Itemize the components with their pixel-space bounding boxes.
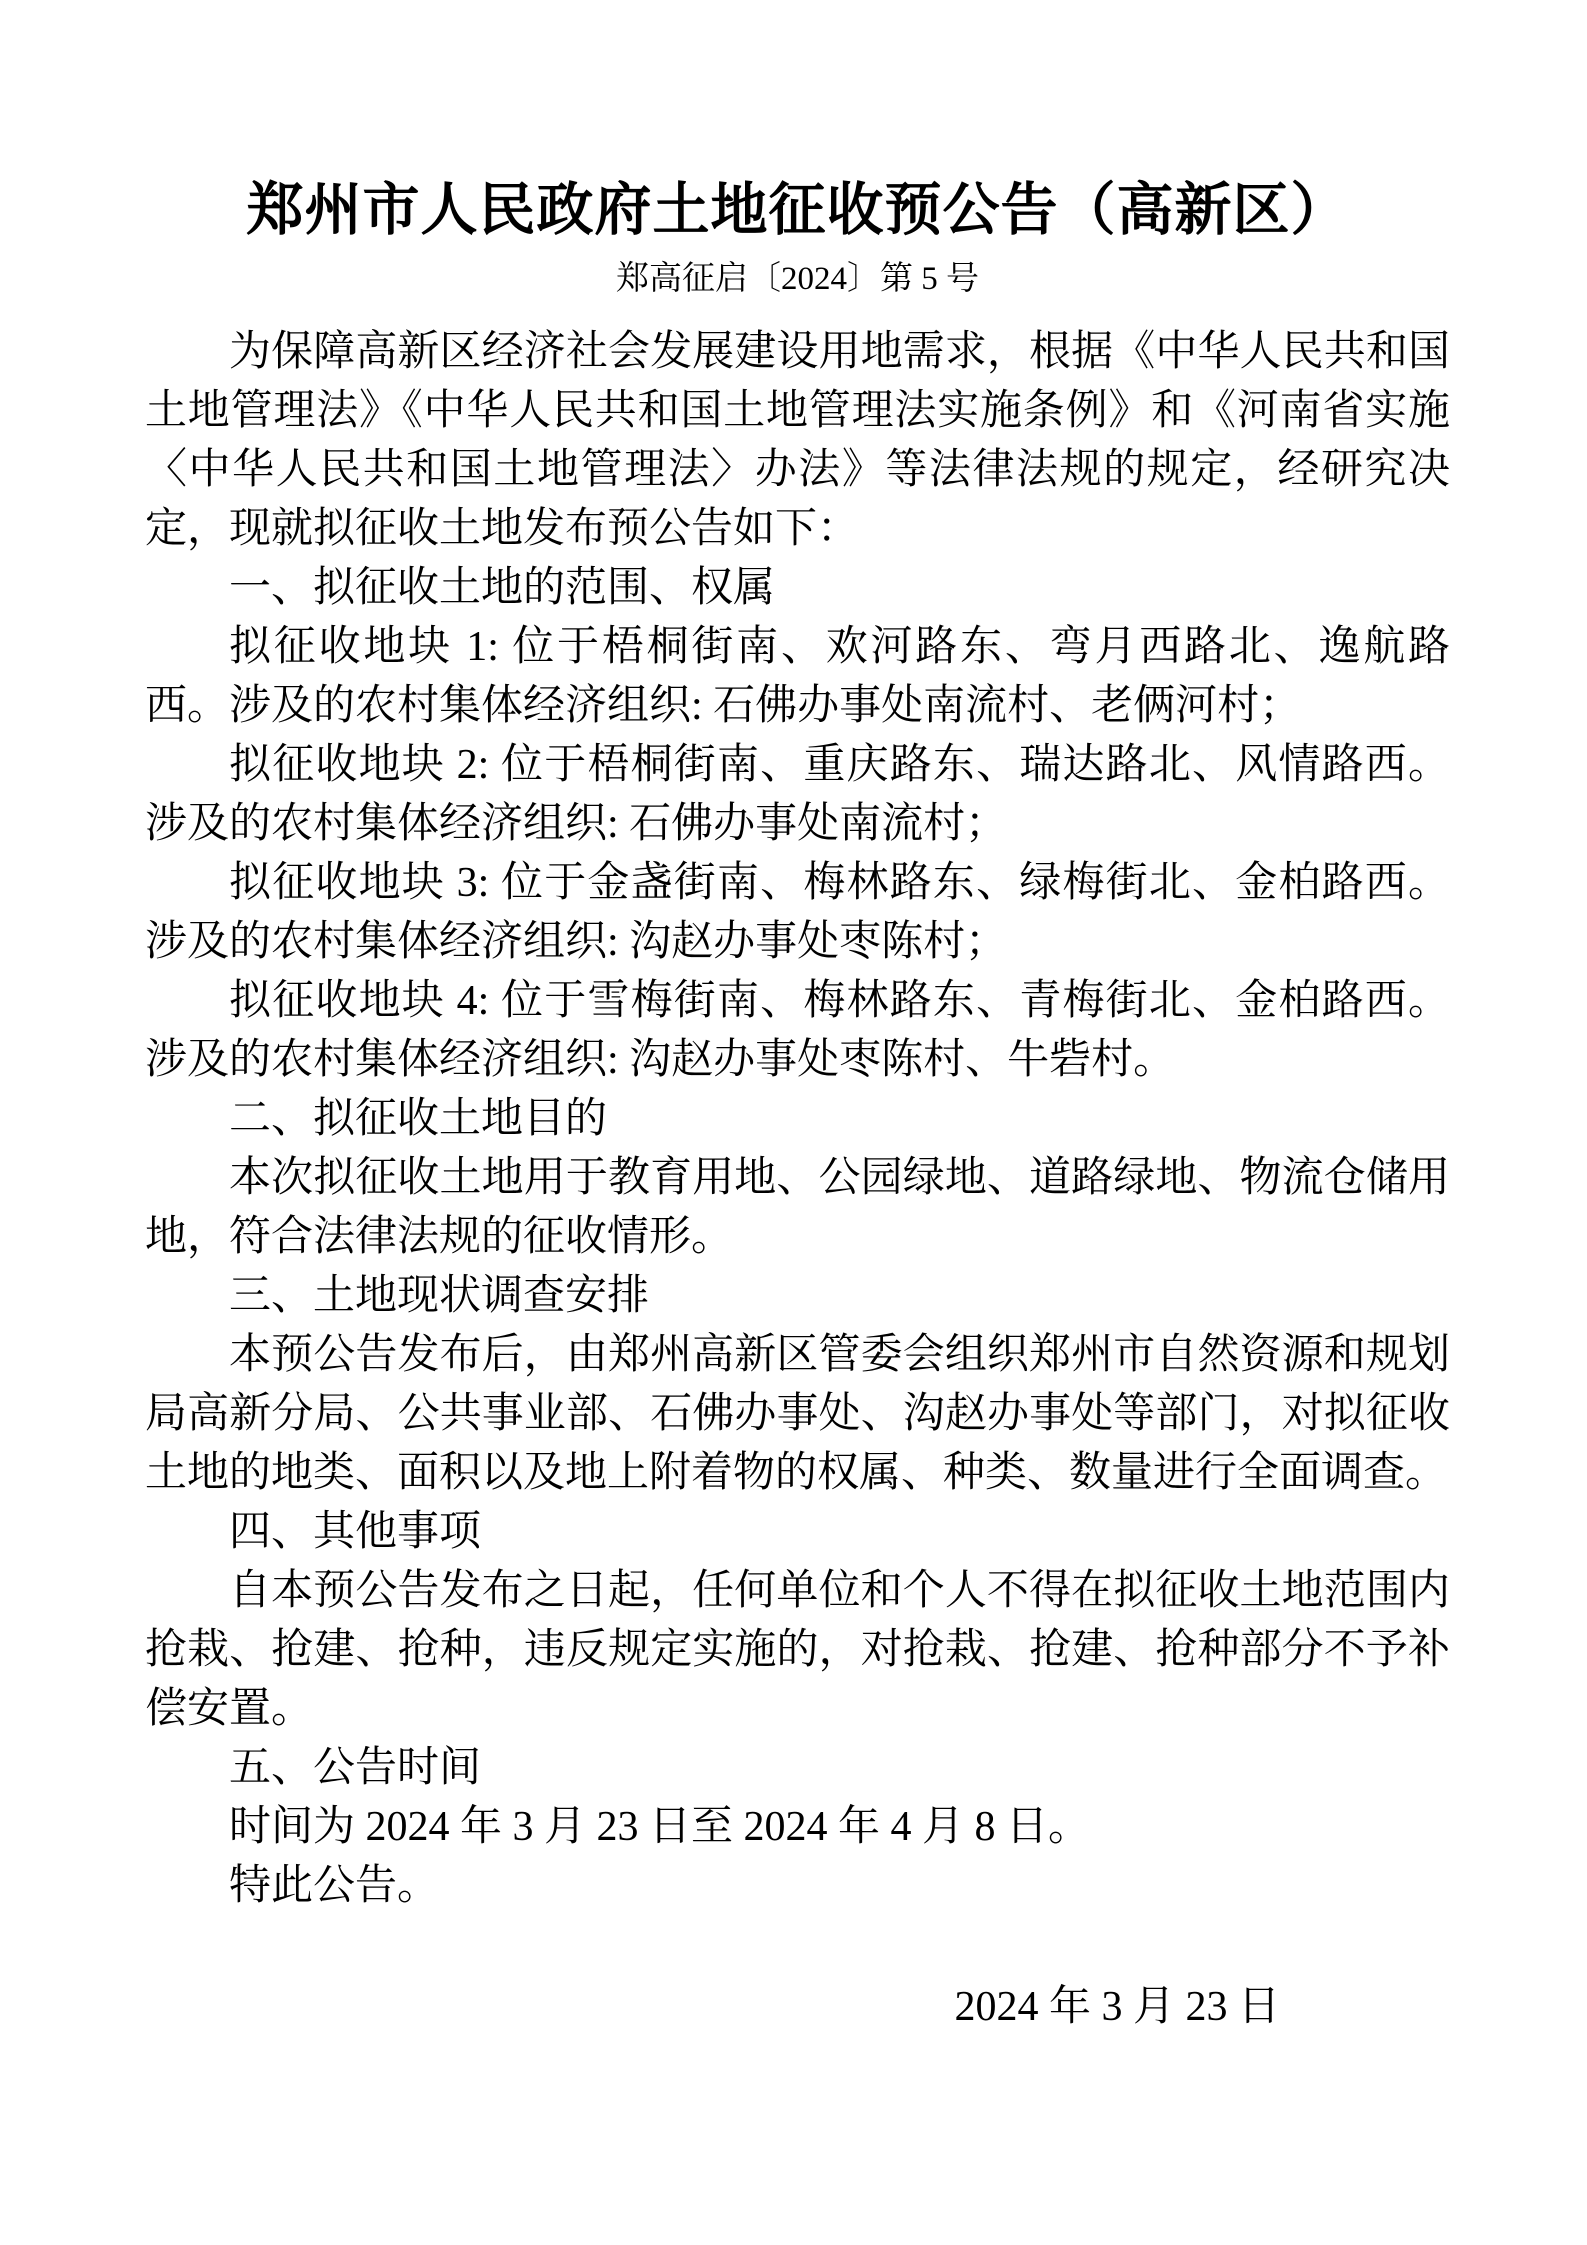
paragraph-other: 自本预公告发布之日起，任何单位和个人不得在拟征收土地范围内抢栽、抢建、抢种，违反… (145, 1562, 1450, 1739)
section-heading-2: 二、拟征收土地目的 (145, 1090, 1450, 1149)
paragraph-parcel-1: 拟征收地块 1: 位于梧桐街南、欢河路东、弯月西路北、逸航路西。涉及的农村集体经… (145, 618, 1450, 736)
paragraph-survey: 本预公告发布后，由郑州高新区管委会组织郑州市自然资源和规划局高新分局、公共事业部… (145, 1326, 1450, 1503)
paragraph-parcel-2: 拟征收地块 2: 位于梧桐街南、重庆路东、瑞达路北、风情路西。涉及的农村集体经济… (145, 736, 1450, 854)
paragraph-intro: 为保障高新区经济社会发展建设用地需求，根据《中华人民共和国土地管理法》《中华人民… (145, 323, 1450, 559)
section-heading-5: 五、公告时间 (145, 1739, 1450, 1798)
paragraph-purpose: 本次拟征收土地用于教育用地、公园绿地、道路绿地、物流仓储用地，符合法律法规的征收… (145, 1149, 1450, 1267)
announcement-document-page: 郑州市人民政府土地征收预公告（高新区） 郑高征启〔2024〕第 5 号 为保障高… (0, 0, 1587, 2245)
section-heading-4: 四、其他事项 (145, 1503, 1450, 1562)
paragraph-parcel-3: 拟征收地块 3: 位于金盏街南、梅林路东、绿梅街北、金柏路西。涉及的农村集体经济… (145, 854, 1450, 972)
document-date: 2024 年 3 月 23 日 (145, 1978, 1450, 2037)
document-number: 郑高征启〔2024〕第 5 号 (145, 260, 1450, 300)
paragraph-parcel-4: 拟征收地块 4: 位于雪梅街南、梅林路东、青梅街北、金柏路西。涉及的农村集体经济… (145, 972, 1450, 1090)
section-heading-3: 三、土地现状调查安排 (145, 1267, 1450, 1326)
section-heading-1: 一、拟征收土地的范围、权属 (145, 559, 1450, 618)
document-title: 郑州市人民政府土地征收预公告（高新区） (145, 178, 1450, 244)
paragraph-period: 时间为 2024 年 3 月 23 日至 2024 年 4 月 8 日。 (145, 1798, 1450, 1857)
paragraph-closing: 特此公告。 (145, 1857, 1450, 1916)
